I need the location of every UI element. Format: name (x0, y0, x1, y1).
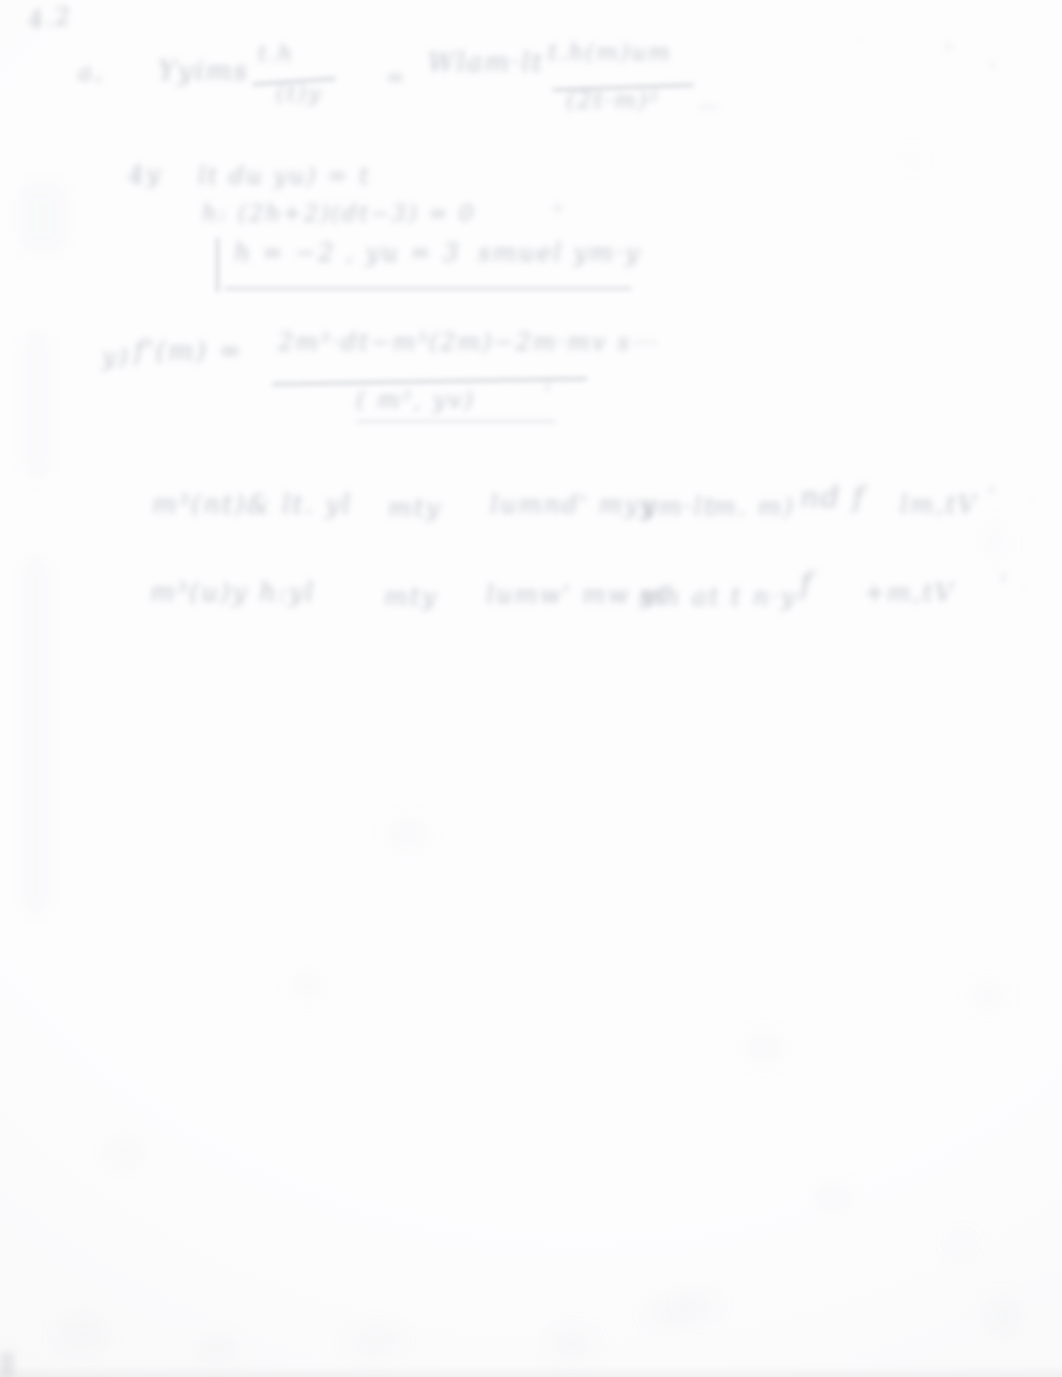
paper-smudge (812, 1182, 854, 1212)
equals-sign: = (386, 68, 406, 90)
statement-segment: mty (388, 495, 442, 520)
paper-smudge (105, 1138, 143, 1166)
scanned-page: 4.2 a, Yyims t.h (t)y = Wlam·lt t.h(m)um… (0, 0, 1062, 1377)
paper-smudge (980, 1295, 1025, 1337)
paper-shadow-strip (18, 182, 68, 252)
derivative-lhs: f'(m) = (134, 338, 243, 365)
paper-smudge (945, 1232, 977, 1256)
fraction-denominator: (2t·m)² (566, 90, 660, 113)
handwriting-term: Wlam·lt (428, 50, 544, 76)
stray-mark: x (944, 38, 955, 54)
exponent-mark: ³ (988, 486, 996, 501)
statement-segment: lm,tV (900, 492, 978, 517)
stray-underline (356, 420, 556, 423)
page-bottom-edge-shadow (0, 1365, 1062, 1377)
page-corner-shadow (0, 1352, 14, 1377)
statement-segment: m³(nt)& lt. yl (152, 492, 352, 518)
answer-bracket (216, 238, 227, 292)
exponent-mark: ² (544, 382, 552, 398)
statement-segment: m³(u)y h:yl (150, 580, 316, 606)
paper-smudge (55, 1315, 110, 1353)
stray-mark: · (1030, 495, 1036, 509)
fraction-numerator: 2m³·dt−m³(2m)−2m·mv s⋯ (278, 330, 658, 354)
fraction-bar (272, 377, 587, 385)
part-label-c: y) (102, 344, 130, 369)
statement-segment: m. m) (712, 494, 795, 519)
fraction-numerator: t.h(m)um (548, 42, 672, 65)
paper-smudge (680, 1285, 720, 1321)
answer-underline (224, 287, 632, 290)
fraction-denominator: (t)y (276, 84, 322, 106)
paper-smudge (970, 982, 1008, 1010)
paper-smudge (345, 1325, 405, 1357)
fraction-denominator: ( m², yv) (356, 388, 475, 412)
statement-segment: mh at t n·y (638, 584, 797, 609)
handwriting-line: lt du yu) = t (198, 164, 371, 188)
paper-shadow-strip (22, 555, 50, 915)
paper-smudge (742, 1032, 787, 1064)
statement-segment: nd f (800, 483, 865, 512)
paper-shadow-strip (24, 330, 50, 480)
statement-segment: f (800, 570, 813, 600)
stray-mark: x (988, 56, 999, 72)
paper-smudge (545, 1325, 597, 1361)
statement-segment: +m,tV (864, 580, 955, 605)
part-label-b: 4y (127, 161, 163, 189)
part-label-a: a, (77, 59, 105, 85)
paper-smudge (290, 972, 325, 1000)
statement-segment: lumnd' myy (490, 492, 657, 517)
fraction-numerator: t.h (258, 44, 294, 66)
trailing-dots: ⋯ (697, 96, 719, 116)
answer-note: smuel ym·y (478, 240, 641, 265)
paper-smudge (898, 148, 924, 168)
exponent-mark: ³ (1000, 574, 1008, 589)
paper-smudge (385, 818, 430, 850)
answer-values: h = −2 , yu = 3 (234, 240, 461, 265)
paper-smudge (980, 520, 1010, 565)
stray-mark: + (550, 200, 567, 218)
statement-segment: ym·lt (642, 494, 716, 519)
paper-smudge (195, 1335, 240, 1363)
corner-section-number: 4.2 (27, 4, 73, 32)
stray-mark: · (856, 32, 863, 48)
handwriting-line: h: (2h+2)(dt−3) = 0 (202, 203, 476, 226)
handwriting-term: Yyims (158, 58, 249, 85)
stray-mark: · (1022, 580, 1028, 594)
statement-segment: mty (384, 584, 438, 609)
